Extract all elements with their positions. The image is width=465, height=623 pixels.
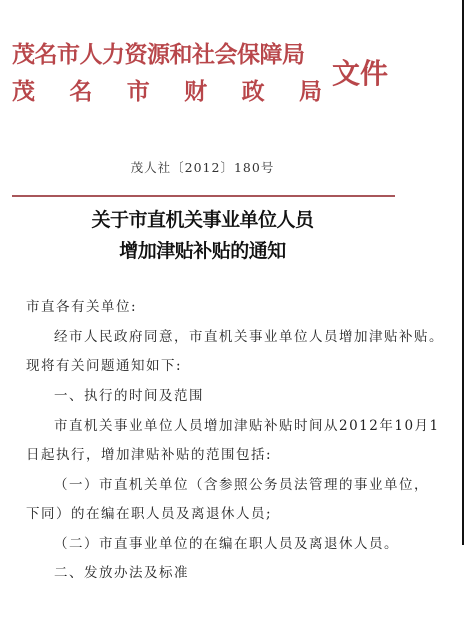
intro-line-2: 现将有关问题通知如下: (26, 354, 182, 374)
issuer-char: 茂 (12, 73, 35, 106)
title-line-2: 增加津贴补贴的通知 (0, 236, 405, 263)
section1-para-line-2: 日起执行，增加津贴补贴的范围包括: (26, 443, 272, 463)
section1-heading: 一、执行的时间及范围 (54, 384, 204, 404)
section1-para-line-1: 市直机关事业单位人员增加津贴补贴时间从2012年10月1 (54, 414, 440, 434)
item2: （二）市直事业单位的在编在职人员及离退休人员。 (54, 532, 399, 552)
salutation: 市直各有关单位: (26, 295, 137, 315)
issuer-char: 市 (127, 73, 150, 106)
document-number: 茂人社〔2012〕180号 (0, 158, 405, 176)
issuer-line-1: 茂名市人力资源和社会保障局 (12, 36, 305, 69)
page-edge-border (462, 0, 464, 545)
issuer-char: 政 (242, 73, 265, 106)
intro-line-1: 经市人民政府同意，市直机关事业单位人员增加津贴补贴。 (54, 325, 444, 345)
item1-line-2: 下同）的在编在职人员及离退休人员; (26, 502, 272, 522)
red-separator-line (12, 195, 395, 197)
item1-line-1: （一）市直机关单位（含参照公务员法管理的事业单位， (54, 473, 429, 493)
issuer-char: 财 (184, 73, 207, 106)
issuer-char: 局 (299, 73, 322, 106)
section2-heading: 二、发放办法及标准 (54, 561, 189, 581)
title-line-1: 关于市直机关事业单位人员 (0, 205, 405, 232)
issuer-char: 名 (69, 73, 92, 106)
document-suffix: 文件 (332, 52, 388, 92)
issuer-line-2: 茂 名 市 财 政 局 (12, 73, 322, 106)
